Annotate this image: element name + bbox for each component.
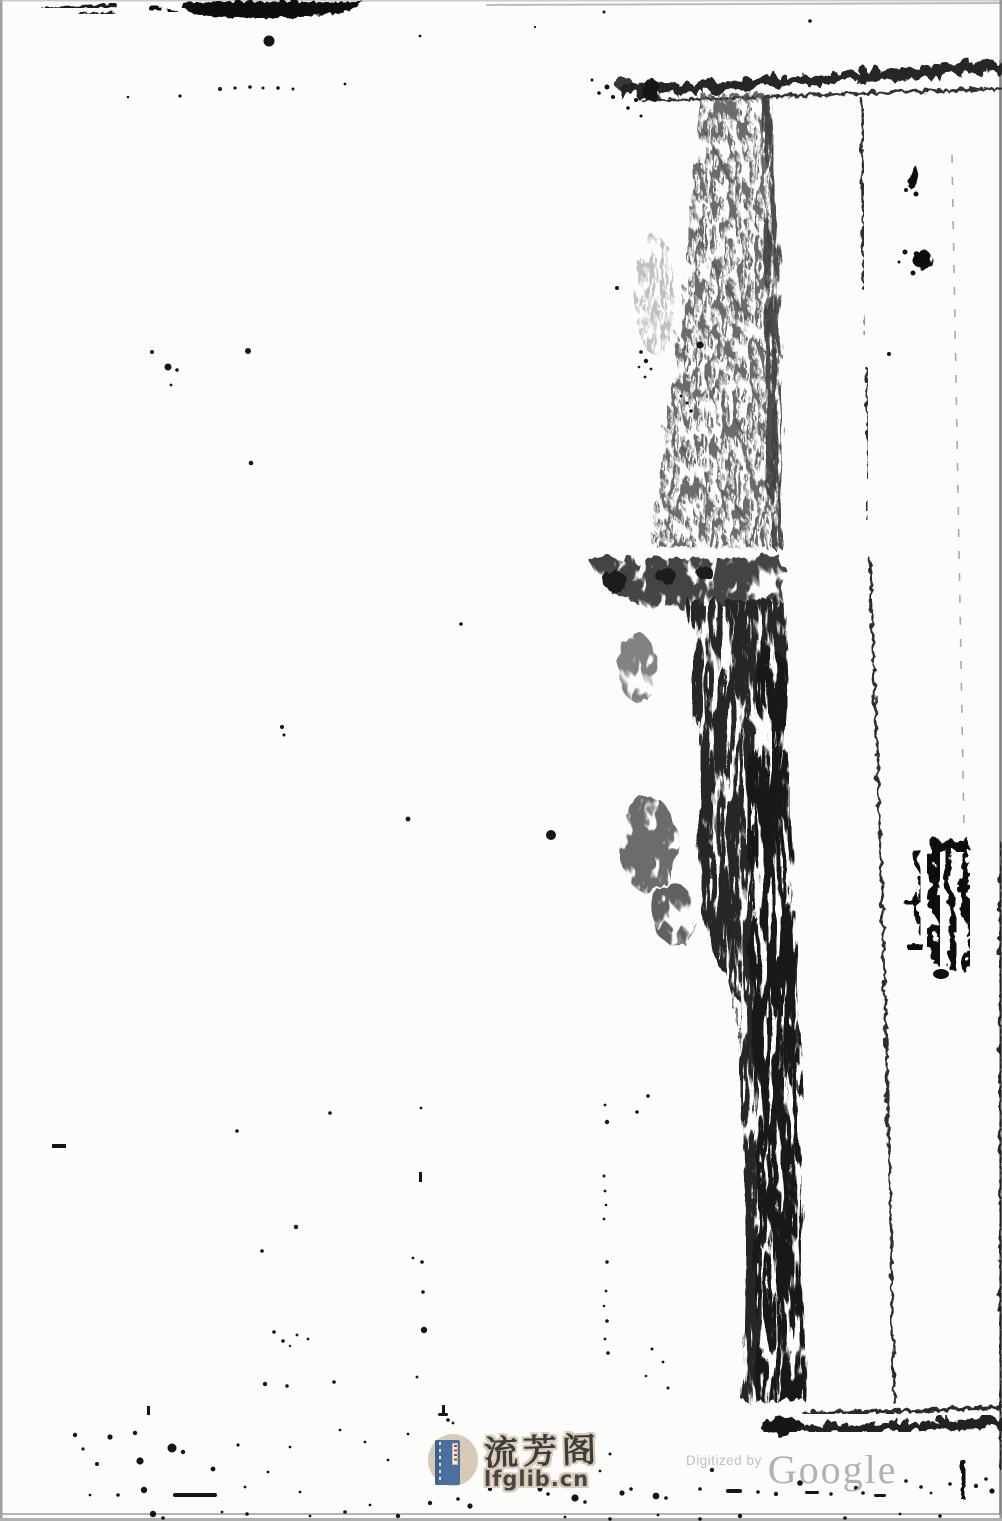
lfglib-watermark: 流芳阁 lfglib.cn	[428, 1434, 601, 1490]
frame-borders	[617, 64, 1002, 1428]
scanned-page: 流芳阁 lfglib.cn Digitized byGoogle	[0, 0, 1002, 1521]
gutter-smudge-band	[589, 94, 806, 1431]
ink-blots	[591, 75, 969, 1497]
google-logo-text: Google	[768, 1447, 898, 1492]
lfglib-watermark-text: 流芳阁 lfglib.cn	[484, 1434, 601, 1490]
lfglib-site-name: 流芳阁	[483, 1432, 601, 1472]
digitized-by-label: Digitized by	[686, 1453, 762, 1468]
scan-artifacts	[0, 0, 1002, 1521]
top-edge-ink	[40, 0, 362, 17]
thread-bound-book-icon	[435, 1440, 460, 1485]
book-stitch-dots	[439, 1442, 441, 1483]
scan-edge-lines	[0, 0, 1002, 1521]
book-title-slip	[452, 1443, 458, 1465]
google-watermark: Digitized byGoogle	[686, 1446, 898, 1493]
lfglib-badge	[428, 1434, 478, 1486]
ink-specks	[52, 11, 995, 1521]
